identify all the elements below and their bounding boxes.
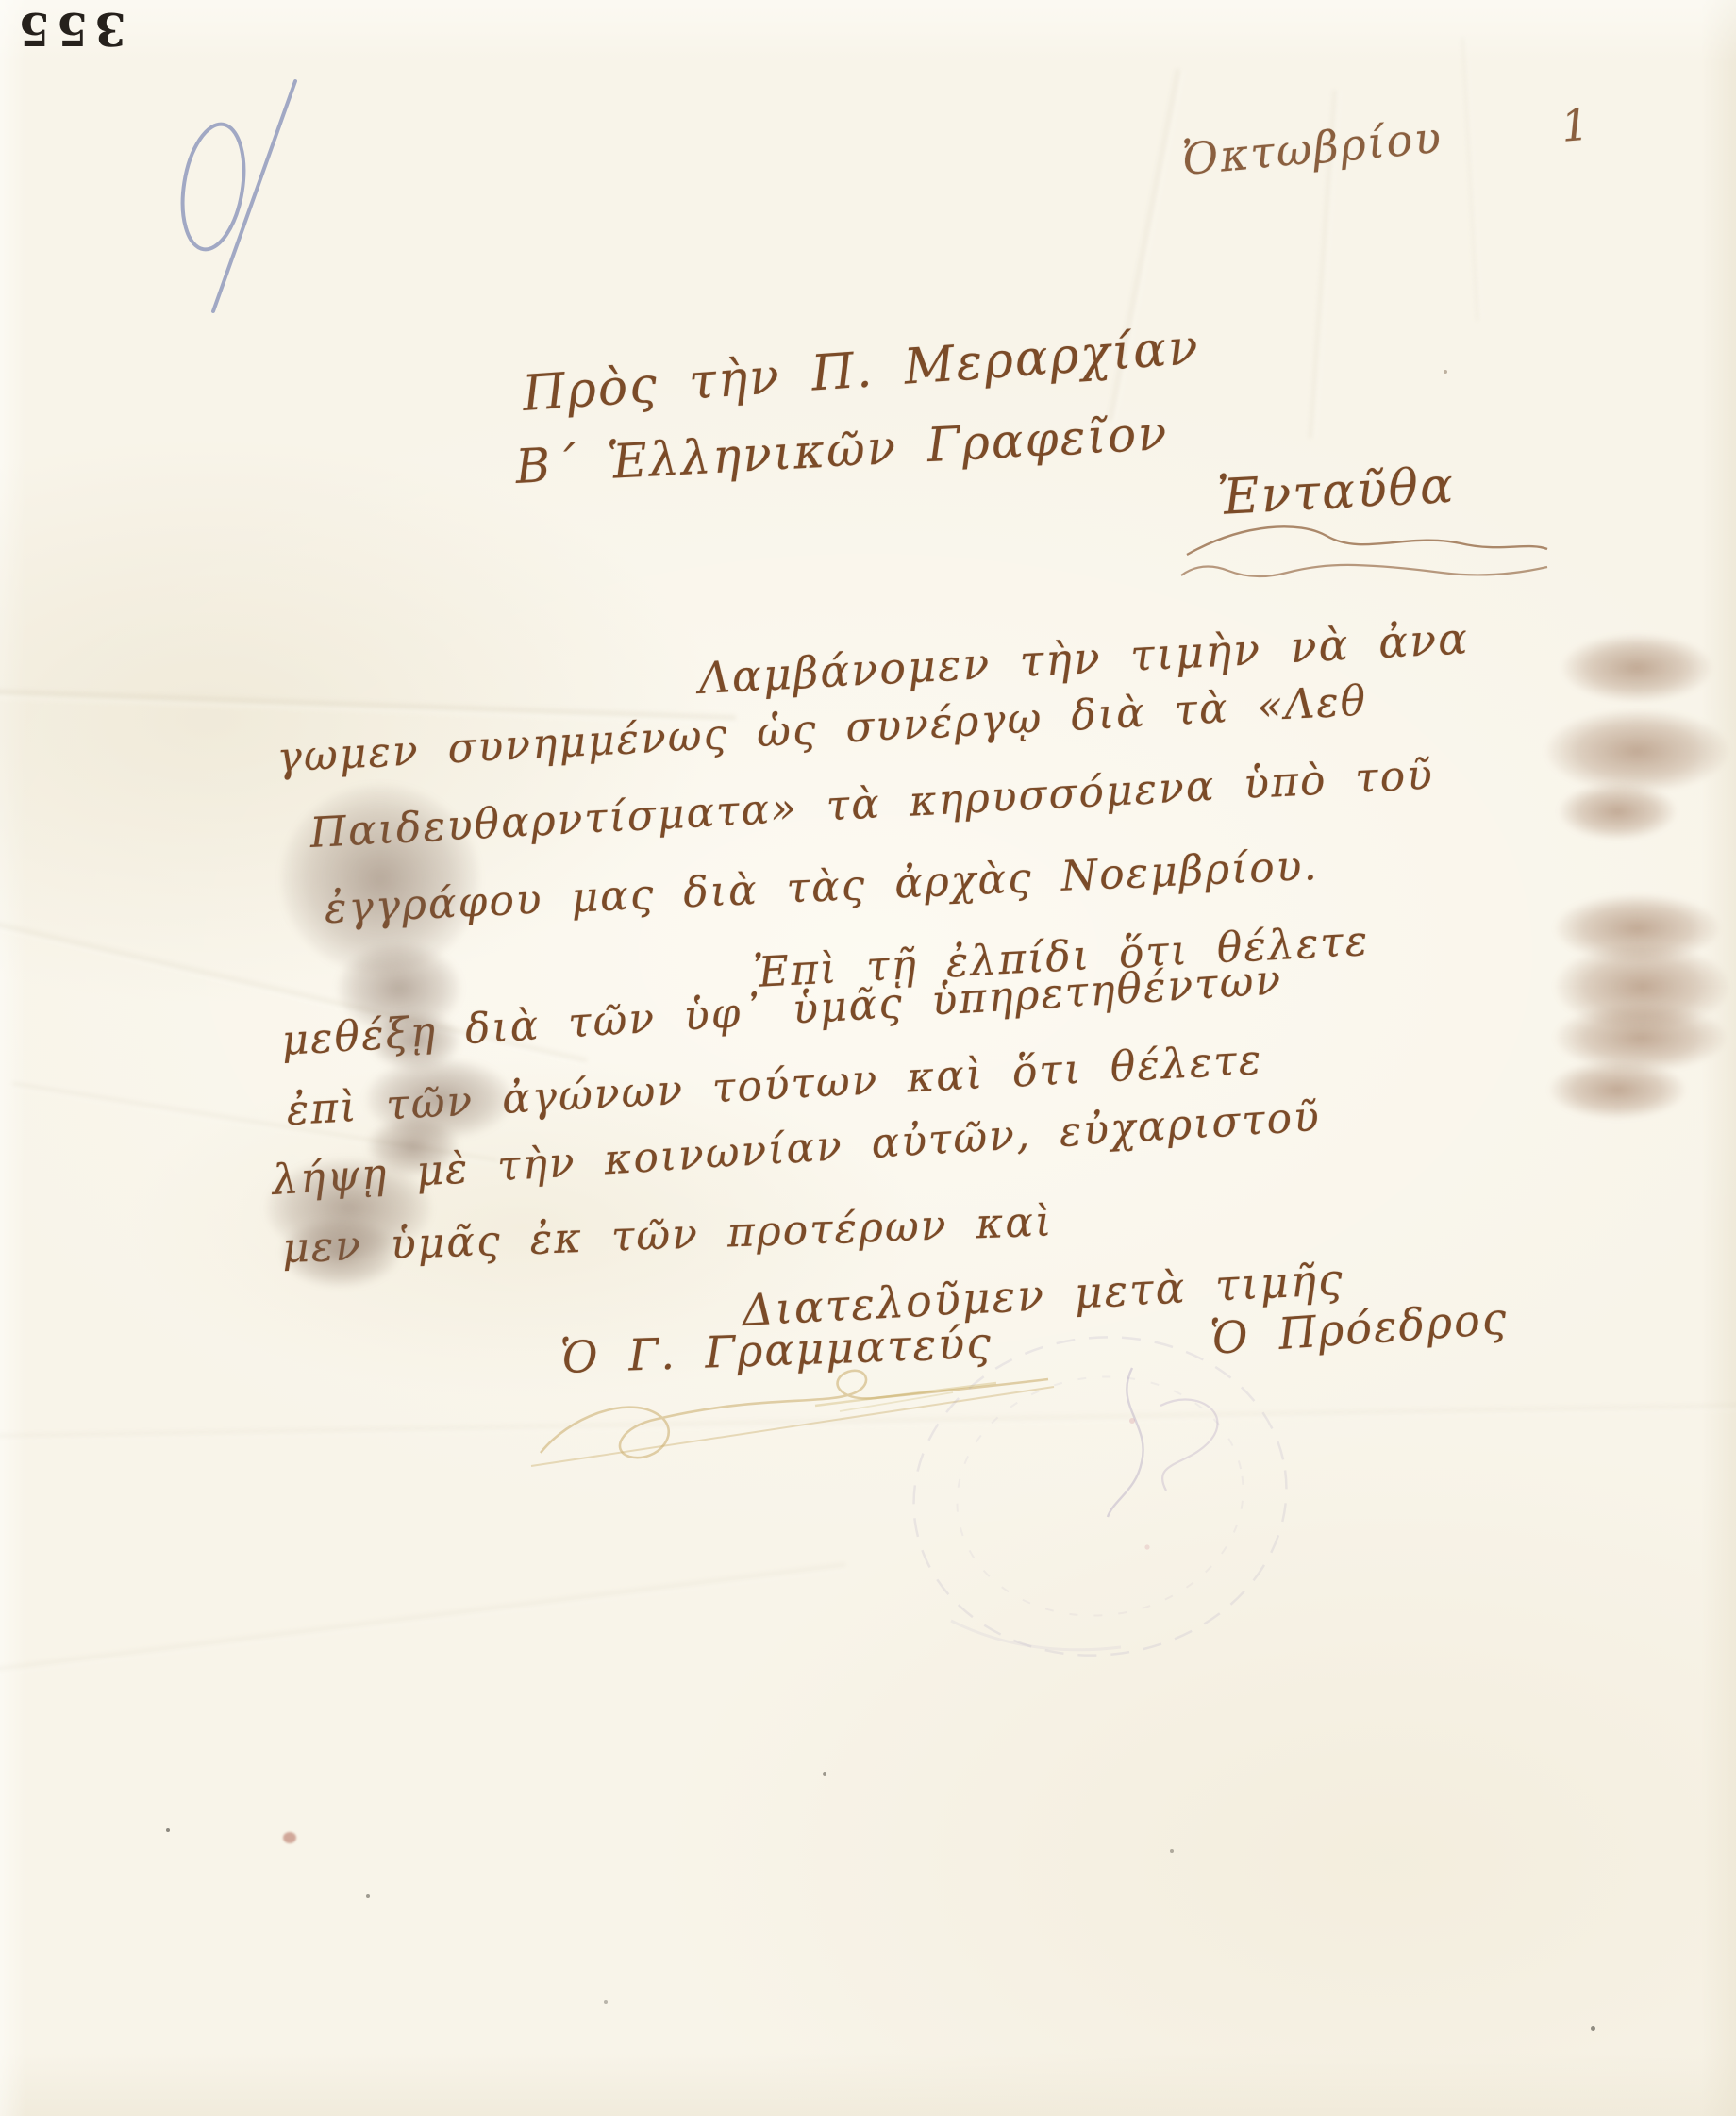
- paper-speck: [366, 1894, 370, 1898]
- folio-number: 355: [8, 2, 130, 55]
- paper-speck: [604, 2000, 608, 2004]
- recipient-line-2: Β΄ Ἑλληνικῶν Γραφεῖον: [514, 406, 1170, 494]
- date-line: Ὀκτωβρίου 1: [1180, 98, 1593, 185]
- scanned-letter-page: 355 Ὀκτωβρίου 1 Πρὸς τὴν Π. Μεραρχίαν Β΄…: [0, 0, 1736, 2116]
- ink-smudge: [1561, 634, 1712, 702]
- date-day: 1: [1560, 98, 1594, 152]
- place-flourish: [1177, 517, 1555, 602]
- ink-smudge: [1549, 1060, 1686, 1119]
- ink-smudge: [1555, 943, 1729, 1030]
- ink-smudge: [1545, 709, 1729, 792]
- body-line-9: μεν ὑμᾶς ἐκ τῶν προτέρων καὶ: [281, 1197, 1054, 1273]
- paper-speck: [1591, 2026, 1595, 2031]
- paper-speck: [166, 1828, 170, 1832]
- ink-smudge: [1559, 783, 1677, 840]
- body-line-4: ἐγγράφου μας διὰ τὰς ἀρχὰς Νοεμβρίου.: [324, 841, 1320, 933]
- paper-speck: [283, 1832, 296, 1843]
- ink-smudge: [1555, 1004, 1727, 1072]
- circular-stamp: [894, 1309, 1310, 1687]
- paper-speck: [1444, 370, 1447, 374]
- ink-smudge: [1555, 894, 1720, 962]
- paper-speck: [823, 1772, 826, 1776]
- paper-speck: [1170, 1849, 1174, 1853]
- paper-crease: [1460, 38, 1484, 321]
- blue-pencil-mark: [142, 55, 349, 338]
- paper-crease: [0, 1561, 846, 1680]
- date-month: Ὀκτωβρίου: [1180, 111, 1444, 185]
- recipient-line-1: Πρὸς τὴν Π. Μεραρχίαν: [521, 319, 1202, 423]
- paper-scratch: [811, 1377, 1000, 1415]
